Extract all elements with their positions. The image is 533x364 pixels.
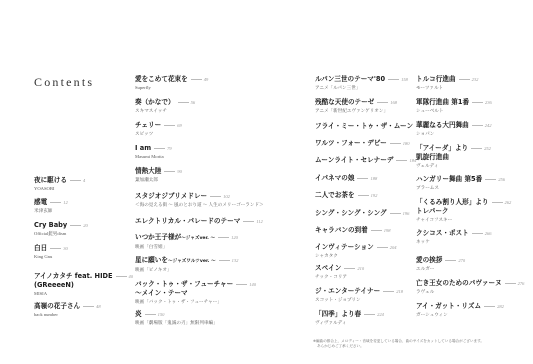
artist-name: King Gnu <box>34 254 68 260</box>
song-title-line: 白日30 <box>34 244 68 253</box>
leader-line <box>164 125 175 126</box>
page-number: 40 <box>129 274 134 279</box>
song-title-line: インヴィテーション204 <box>315 243 396 252</box>
song-title-line: 夜に駆ける4 <box>34 176 85 185</box>
page-number: 188 <box>370 176 377 181</box>
song-title: 亡き王女のためのパヴァーヌ <box>416 279 502 287</box>
toc-entry[interactable]: 白日30King Gnu <box>34 244 68 260</box>
song-title: 愛の挨拶 <box>416 256 442 264</box>
toc-entry[interactable]: アイノカタチ feat. HIDE40(GReeeeN)MISIA <box>34 272 133 297</box>
page-number: 150 <box>158 312 165 317</box>
artist-name: Superfly <box>135 85 208 91</box>
leader-line <box>472 102 483 103</box>
toc-entry[interactable]: バック・トゥ・ザ・フューチャー140～メイン・テーマ映画「バック・トゥ・ザ・フュ… <box>135 280 256 305</box>
song-title: 二人でお茶を <box>315 191 355 199</box>
toc-entry[interactable]: ワルツ・フォー・デビー180 <box>315 139 410 148</box>
page-number: 236 <box>485 100 492 105</box>
song-title: 夜に駆ける <box>34 176 67 184</box>
page-number: 79 <box>167 146 172 151</box>
artist-name: 映画「劇場版「鬼滅の刃」無限列車編」 <box>135 320 218 326</box>
song-title-line: 残酷な天使のテーゼ168 <box>315 98 397 107</box>
artist-name: 映画「白雪姫」 <box>135 244 238 250</box>
page-number: 168 <box>390 100 397 105</box>
song-title: ムーンライト・セレナーデ <box>315 156 393 164</box>
leader-line <box>83 306 94 307</box>
song-title: I am <box>135 144 151 152</box>
song-title-line: アイ・ガット・リズム282 <box>416 302 504 311</box>
toc-entry[interactable]: 星に願いを～ジャズワルツver. ～132映画「ピノキオ」 <box>135 256 238 273</box>
song-title-line: バック・トゥ・ザ・フューチャー140 <box>135 280 256 289</box>
artist-name: スピッツ <box>135 131 182 137</box>
song-title-line: シング・シング・シング196 <box>315 209 409 218</box>
song-title: エレクトリカル・パレードのテーマ <box>135 217 240 225</box>
leader-line <box>164 171 175 172</box>
leader-line <box>145 314 156 315</box>
toc-entry[interactable]: トルコ行進曲232モーツァルト <box>416 75 478 91</box>
page-number: 4 <box>83 178 85 183</box>
artist-name: アニメ「ルパン三世」 <box>315 85 408 91</box>
artist-name: 葉加瀬太郎 <box>135 177 182 183</box>
song-title-line: 高嶺の花子さん48 <box>34 302 101 311</box>
leader-line <box>357 178 368 179</box>
toc-entry[interactable]: シング・シング・シング196 <box>315 209 409 218</box>
footnote: ※編曲の都合上、メロディー・音域を変更している場合、曲のサイズをカットしている場… <box>313 339 484 349</box>
artist-name: チャイコフスキー <box>416 217 511 223</box>
leader-line <box>364 314 375 315</box>
song-title-line: エレクトリカル・パレードのテーマ112 <box>135 217 263 226</box>
page-number: 49 <box>204 77 209 82</box>
page-number: 192 <box>371 193 378 198</box>
page-number: 90 <box>177 169 182 174</box>
song-title: 「アイーダ」より <box>416 144 468 152</box>
song-title-line: 華麗なる大円舞曲242 <box>416 121 492 130</box>
song-title-line: 二人でお茶を192 <box>315 191 377 200</box>
song-title: クシコス・ポスト <box>416 229 469 237</box>
song-title-line: チェリー69 <box>135 121 182 130</box>
toc-entry[interactable]: 感電12米津玄師 <box>34 198 68 214</box>
leader-line <box>383 291 394 292</box>
song-subtitle: ～ジャズワルツver. ～ <box>168 259 216 264</box>
song-title-line: ルパン三世のテーマ'80158 <box>315 75 408 84</box>
song-title-line: 愛の挨拶270 <box>416 256 465 265</box>
leader-line <box>484 306 495 307</box>
toc-entry[interactable]: スタジオジブリメドレー102＜海の見える街 ～ 風のとおり道 ～ 人生のメリーゴ… <box>135 192 264 208</box>
song-title-continued: 凱旋行進曲 <box>416 153 491 162</box>
song-title-line: クシコス・ポスト266 <box>416 229 492 238</box>
page-number: 204 <box>390 245 397 250</box>
page-number: 30 <box>63 246 68 251</box>
song-title-line: ワルツ・フォー・デビー180 <box>315 139 410 148</box>
page-number: 69 <box>177 123 182 128</box>
page-number: 242 <box>485 123 492 128</box>
song-title-line: いつか王子様が～ジャズver. ～120 <box>135 233 238 243</box>
song-title: Cry Baby <box>34 221 67 229</box>
page-number: 282 <box>497 304 504 309</box>
song-title-continued: ～メイン・テーマ <box>135 289 256 298</box>
song-title-line: ムーンライト・セレナーデ184 <box>315 156 416 165</box>
toc-entry[interactable]: 二人でお茶を192 <box>315 191 377 200</box>
song-title: 星に願いを <box>135 256 168 264</box>
song-title: トルコ行進曲 <box>416 75 456 83</box>
artist-name: モーツァルト <box>416 85 478 91</box>
artist-name: ラヴェル <box>416 289 524 295</box>
toc-entry[interactable]: 「四季」より春224ヴィヴァルディ <box>315 310 384 326</box>
leader-line <box>472 125 483 126</box>
leader-line <box>344 268 355 269</box>
leader-line <box>191 79 202 80</box>
song-title-continued: トレパーク <box>416 207 511 216</box>
song-title: アイノカタチ feat. HIDE <box>34 272 113 280</box>
song-title-line: 愛をこめて花束を49 <box>135 75 208 84</box>
song-title: 奏（かなで） <box>135 98 175 106</box>
song-title-line: 軍隊行進曲 第1番236 <box>416 98 492 107</box>
leader-line <box>388 79 399 80</box>
toc-entry[interactable]: エレクトリカル・パレードのテーマ112 <box>135 217 263 226</box>
leader-line <box>459 79 470 80</box>
page-number: 262 <box>505 200 512 205</box>
song-title: ジ・エンターテイナー <box>315 287 380 295</box>
artist-name: Masumi Morita <box>135 154 172 160</box>
leader-line <box>50 248 61 249</box>
song-title: ルパン三世のテーマ'80 <box>315 75 385 83</box>
leader-line <box>210 196 221 197</box>
song-title: アイ・ガット・リズム <box>416 302 481 310</box>
leader-line <box>371 230 382 231</box>
toc-entry[interactable]: 炎150映画「劇場版「鬼滅の刃」無限列車編」 <box>135 310 218 326</box>
toc-entry[interactable]: いつか王子様が～ジャズver. ～120映画「白雪姫」 <box>135 233 238 250</box>
song-title: シング・シング・シング <box>315 209 387 217</box>
toc-entry[interactable]: 軍隊行進曲 第1番236シューベルト <box>416 98 492 114</box>
page-number: 224 <box>377 312 384 317</box>
page-number: 256 <box>498 177 505 182</box>
page-number: 210 <box>357 266 364 271</box>
artist-name: アニメ「新世紀エヴァンゲリオン」 <box>315 108 397 114</box>
leader-line <box>471 148 482 149</box>
song-title: 白日 <box>34 244 47 252</box>
song-title: 「四季」より春 <box>315 310 361 318</box>
page-number: 266 <box>485 231 492 236</box>
leader-line <box>154 148 165 149</box>
song-title: チェリー <box>135 121 161 129</box>
page-number: 140 <box>249 282 256 287</box>
artist-name: エルガー <box>416 266 465 272</box>
artist-name: ガーシュウィン <box>416 312 504 318</box>
toc-entry[interactable]: 高嶺の花子さん48back number <box>34 302 101 318</box>
toc-entry[interactable]: チェリー69スピッツ <box>135 121 182 137</box>
song-title: バック・トゥ・ザ・フューチャー <box>135 280 233 288</box>
artist-name: チック・コリア <box>315 274 364 280</box>
page-number: 112 <box>256 219 262 224</box>
song-title: 愛をこめて花束を <box>135 75 188 83</box>
leader-line <box>390 143 401 144</box>
artist-name: スキマスイッチ <box>135 108 195 114</box>
artist-name: YOASOBI <box>34 186 85 192</box>
song-title-line: ハンガリー舞曲 第5番256 <box>416 175 505 184</box>
song-title: 軍隊行進曲 第1番 <box>416 98 469 106</box>
song-title: スタジオジブリメドレー <box>135 192 207 200</box>
page-number: 218 <box>396 289 403 294</box>
leader-line <box>472 233 483 234</box>
artist-name: ブラームス <box>416 185 505 191</box>
song-title: 炎 <box>135 310 142 318</box>
song-title-line: 星に願いを～ジャズワルツver. ～132 <box>135 256 238 266</box>
song-title-line: 「四季」より春224 <box>315 310 384 319</box>
toc-entry[interactable]: クシコス・ポスト266ネッケ <box>416 229 492 245</box>
song-title: 感電 <box>34 198 47 206</box>
song-title: 華麗なる大円舞曲 <box>416 121 469 129</box>
toc-entry[interactable]: キャラバンの到着198 <box>315 226 391 235</box>
toc-entry[interactable]: 愛の挨拶270エルガー <box>416 256 465 272</box>
song-title: スペイン <box>315 264 341 272</box>
page-number: 102 <box>223 194 230 199</box>
song-title-line: 感電12 <box>34 198 68 207</box>
page-number: 12 <box>63 200 68 205</box>
toc-entry[interactable]: アイ・ガット・リズム282ガーシュウィン <box>416 302 504 318</box>
toc-entry[interactable]: ムーンライト・セレナーデ184 <box>315 156 416 165</box>
leader-line <box>178 102 189 103</box>
toc-entry[interactable]: 愛をこめて花束を49Superfly <box>135 75 208 91</box>
leader-line <box>445 260 456 261</box>
song-title: イパネマの娘 <box>315 174 354 182</box>
toc-entry[interactable]: 夜に駆ける4YOASOBI <box>34 176 85 192</box>
leader-line <box>243 221 254 222</box>
leader-line <box>236 284 247 285</box>
page-number: 158 <box>401 77 408 82</box>
footnote-line-2: あらかじめご了承ください。 <box>313 344 484 349</box>
artist-name: 映画「バック・トゥ・ザ・フューチャー」 <box>135 299 256 305</box>
artist-name: back number <box>34 312 101 318</box>
song-title-line: キャラバンの到着198 <box>315 226 391 235</box>
artist-name: ネッケ <box>416 239 492 245</box>
song-title-line: イパネマの娘188 <box>315 174 377 183</box>
artist-name: シューベルト <box>416 108 492 114</box>
toc-entry[interactable]: 亡き王女のためのパヴァーヌ276ラヴェル <box>416 279 524 295</box>
toc-entry[interactable]: イパネマの娘188 <box>315 174 377 183</box>
song-title-line: 奏（かなで）56 <box>135 98 195 107</box>
song-title-line: スタジオジブリメドレー102 <box>135 192 264 201</box>
toc-entry[interactable]: 残酷な天使のテーゼ168アニメ「新世紀エヴァンゲリオン」 <box>315 98 397 114</box>
page-number: 120 <box>231 235 238 240</box>
toc-entry[interactable]: 情熱大陸90葉加瀬太郎 <box>135 167 182 183</box>
song-title-line: 情熱大陸90 <box>135 167 182 176</box>
song-title: ワルツ・フォー・デビー <box>315 139 387 147</box>
page-number: 270 <box>458 258 465 263</box>
toc-entry[interactable]: 華麗なる大円舞曲242ショパン <box>416 121 492 137</box>
song-title-line: 亡き王女のためのパヴァーヌ276 <box>416 279 524 288</box>
song-title: 高嶺の花子さん <box>34 302 80 310</box>
page-number: 252 <box>484 146 491 151</box>
song-title: キャラバンの到着 <box>315 226 368 234</box>
toc-entry[interactable]: スペイン210チック・コリア <box>315 264 364 280</box>
song-title: いつか王子様が <box>135 233 181 241</box>
artist-name: シャカタク <box>315 253 396 259</box>
song-title: フライ・ミー・トゥ・ザ・ムーン <box>315 122 413 130</box>
song-title-line: アイノカタチ feat. HIDE40 <box>34 272 133 281</box>
page-number: 276 <box>518 281 525 286</box>
page-number: 132 <box>232 258 239 263</box>
leader-line <box>485 179 496 180</box>
page-number: 56 <box>191 100 196 105</box>
song-title: 「くるみ割り人形」より <box>416 198 489 206</box>
toc-entry[interactable]: ハンガリー舞曲 第5番256ブラームス <box>416 175 505 191</box>
song-title-line: I am79 <box>135 144 172 153</box>
song-title: インヴィテーション <box>315 243 374 251</box>
leader-line <box>70 180 81 181</box>
song-title-line: ジ・エンターテイナー218 <box>315 287 403 296</box>
toc-entry[interactable]: ルパン三世のテーマ'80158アニメ「ルパン三世」 <box>315 75 408 91</box>
song-subtitle: ～ジャズver. ～ <box>181 236 215 241</box>
toc-entry[interactable]: ジ・エンターテイナー218スコット・ジョプリン <box>315 287 403 303</box>
page-title: Contents <box>34 75 94 90</box>
toc-entry[interactable]: 奏（かなで）56スキマスイッチ <box>135 98 195 114</box>
leader-line <box>492 202 503 203</box>
artist-name: 米津玄師 <box>34 208 68 214</box>
song-title-line: 「アイーダ」より252 <box>416 144 491 153</box>
toc-entry[interactable]: I am79Masumi Morita <box>135 144 172 160</box>
leader-line <box>358 195 369 196</box>
page-number: 48 <box>96 304 101 309</box>
page-number: 20 <box>83 223 88 228</box>
leader-line <box>377 102 388 103</box>
artist-name: Official髭男dism <box>34 231 88 237</box>
song-title-line: 「くるみ割り人形」より262 <box>416 198 511 207</box>
artist-name: MISIA <box>34 291 133 297</box>
artist-name: ＜海の見える街 ～ 風のとおり道 ～ 人生のメリーゴーランド＞ <box>135 202 264 208</box>
song-title-line: Cry Baby20 <box>34 221 88 230</box>
artist-name: ショパン <box>416 131 492 137</box>
song-title-line: スペイン210 <box>315 264 364 273</box>
leader-line <box>50 202 61 203</box>
leader-line <box>505 283 516 284</box>
toc-entry[interactable]: Cry Baby20Official髭男dism <box>34 221 88 237</box>
leader-line <box>70 225 81 226</box>
artist-name: 映画「ピノキオ」 <box>135 267 238 273</box>
artist-name: ヴェルディ <box>416 163 491 169</box>
page-number: 232 <box>472 77 479 82</box>
song-title-line: 炎150 <box>135 310 218 319</box>
toc-entry[interactable]: 「くるみ割り人形」より262トレパークチャイコフスキー <box>416 198 511 223</box>
song-title: 残酷な天使のテーゼ <box>315 98 374 106</box>
page-number: 180 <box>403 141 410 146</box>
leader-line <box>116 276 127 277</box>
artist-name: ヴィヴァルディ <box>315 320 384 326</box>
song-title-continued: (GReeeeN) <box>34 281 133 290</box>
song-title-line: トルコ行進曲232 <box>416 75 478 84</box>
leader-line <box>219 260 230 261</box>
toc-entry[interactable]: インヴィテーション204シャカタク <box>315 243 396 259</box>
artist-name: スコット・ジョプリン <box>315 297 403 303</box>
toc-entry[interactable]: 「アイーダ」より252凱旋行進曲ヴェルディ <box>416 144 491 169</box>
leader-line <box>396 160 407 161</box>
leader-line <box>377 247 388 248</box>
page-number: 196 <box>403 211 410 216</box>
leader-line <box>390 213 401 214</box>
song-title: 情熱大陸 <box>135 167 161 175</box>
song-title: ハンガリー舞曲 第5番 <box>416 175 482 183</box>
page-number: 198 <box>384 228 391 233</box>
leader-line <box>218 237 229 238</box>
